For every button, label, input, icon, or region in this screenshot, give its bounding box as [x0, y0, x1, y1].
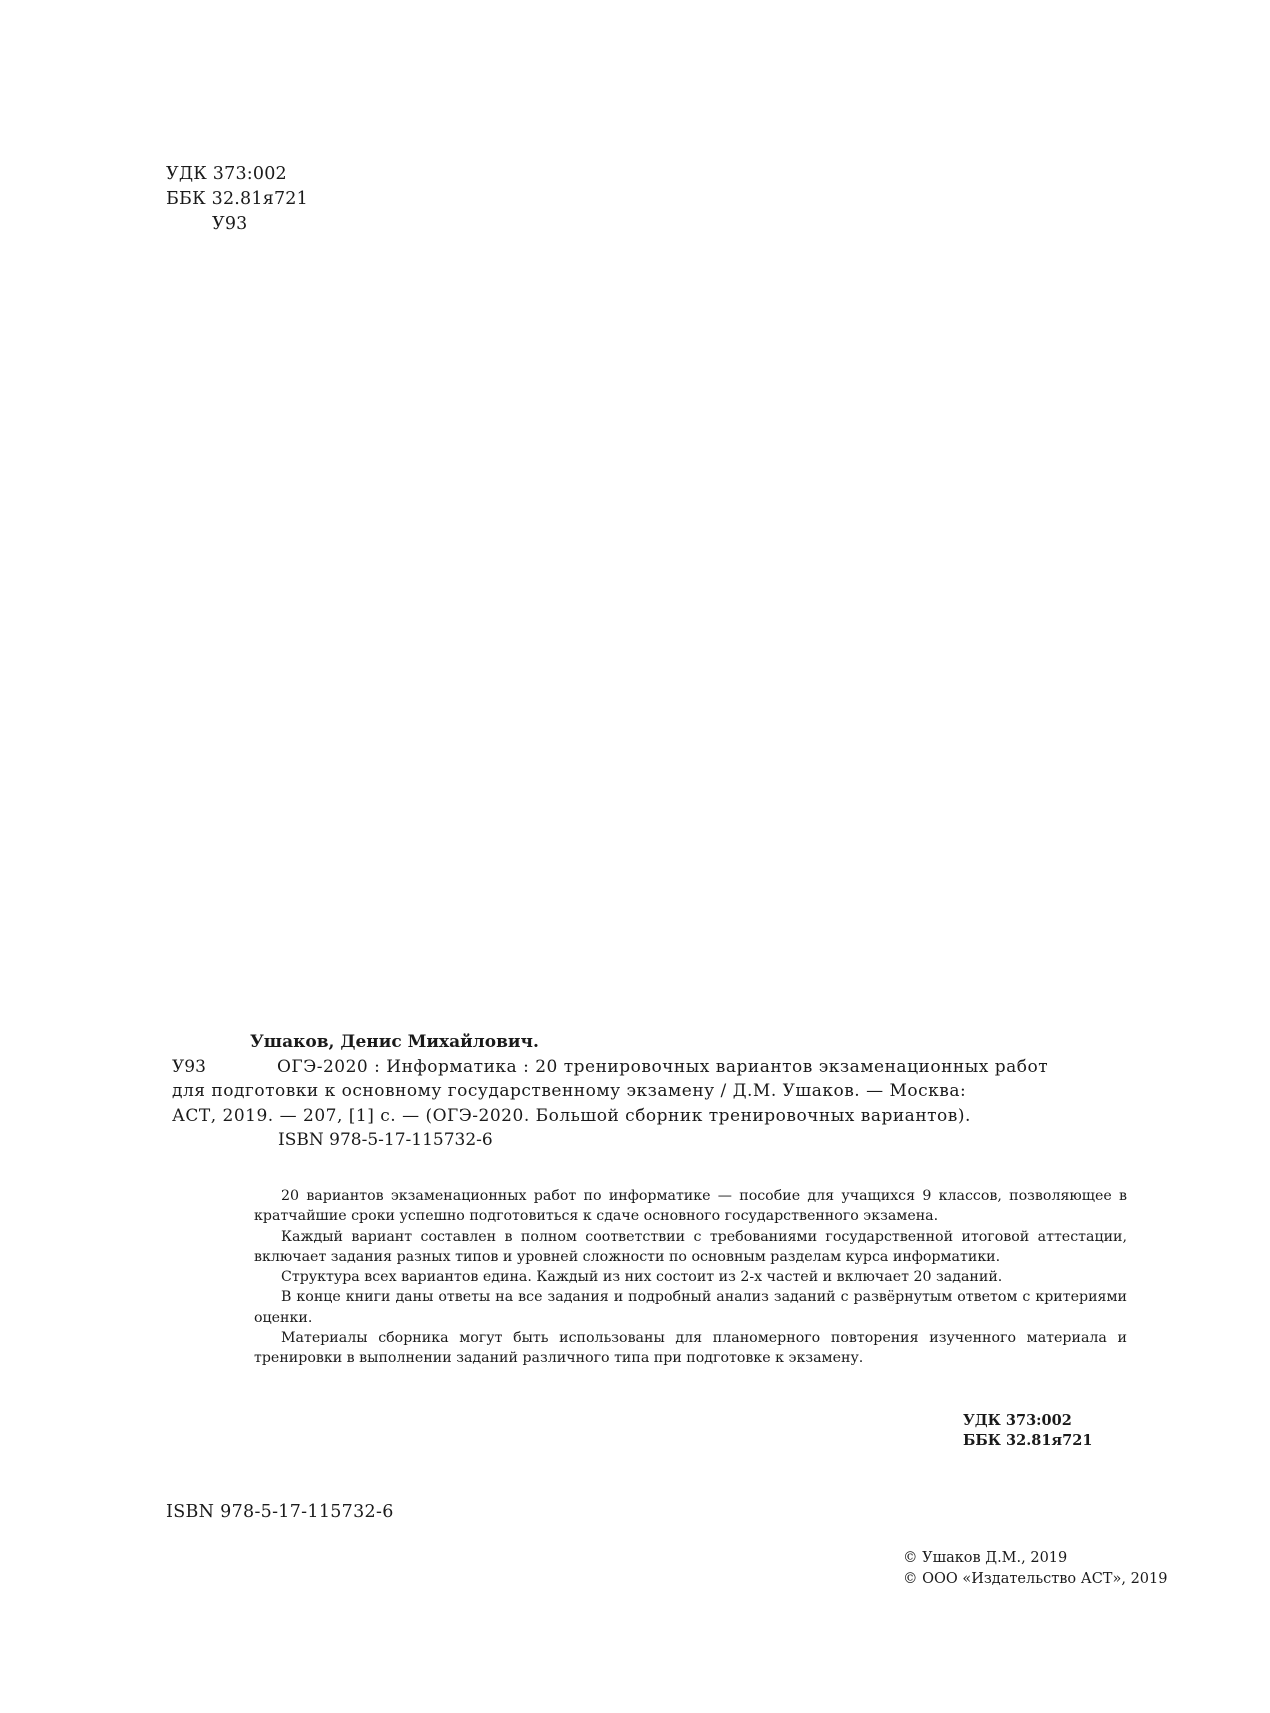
entry-line: ОГЭ-2020 : Информатика : 20 тренировочны…	[250, 1055, 1127, 1080]
bbk-code: ББК 32.81я721	[963, 1431, 1092, 1451]
isbn: ISBN 978-5-17-115732-6	[166, 1502, 394, 1522]
annotation-paragraph: Каждый вариант составлен в полном соотве…	[254, 1227, 1127, 1268]
annotation: 20 вариантов экзаменационных работ по ин…	[254, 1186, 1127, 1369]
copyright-publisher: © ООО «Издательство АСТ», 2019	[903, 1569, 1167, 1590]
entry-line: АСТ, 2019. — 207, [1] с. — (ОГЭ-2020. Бо…	[172, 1104, 1127, 1129]
author-mark: У93	[166, 212, 308, 237]
annotation-paragraph: Структура всех вариантов едина. Каждый и…	[254, 1267, 1127, 1287]
bibliographic-entry: Ушаков, Денис Михайлович. У93 ОГЭ-2020 :…	[172, 1030, 1127, 1153]
annotation-paragraph: Материалы сборника могут быть использова…	[254, 1328, 1127, 1369]
copyright: © Ушаков Д.М., 2019 © ООО «Издательство …	[903, 1548, 1167, 1590]
classification-codes-top: УДК 373:002 ББК 32.81я721 У93	[166, 162, 308, 237]
annotation-paragraph: 20 вариантов экзаменационных работ по ин…	[254, 1186, 1127, 1227]
copyright-author: © Ушаков Д.М., 2019	[903, 1548, 1167, 1569]
classification-codes-bottom: УДК 373:002 ББК 32.81я721	[963, 1411, 1092, 1451]
bbk-code: ББК 32.81я721	[166, 187, 308, 212]
entry-author-mark: У93	[172, 1055, 206, 1080]
udc-code: УДК 373:002	[963, 1411, 1092, 1431]
entry-description: ОГЭ-2020 : Информатика : 20 тренировочны…	[250, 1055, 1127, 1129]
entry-author: Ушаков, Денис Михайлович.	[250, 1030, 1127, 1055]
entry-isbn: ISBN 978-5-17-115732-6	[278, 1128, 1127, 1153]
annotation-paragraph: В конце книги даны ответы на все задания…	[254, 1287, 1127, 1328]
entry-line: для подготовки к основному государственн…	[172, 1079, 1127, 1104]
udc-code: УДК 373:002	[166, 162, 308, 187]
